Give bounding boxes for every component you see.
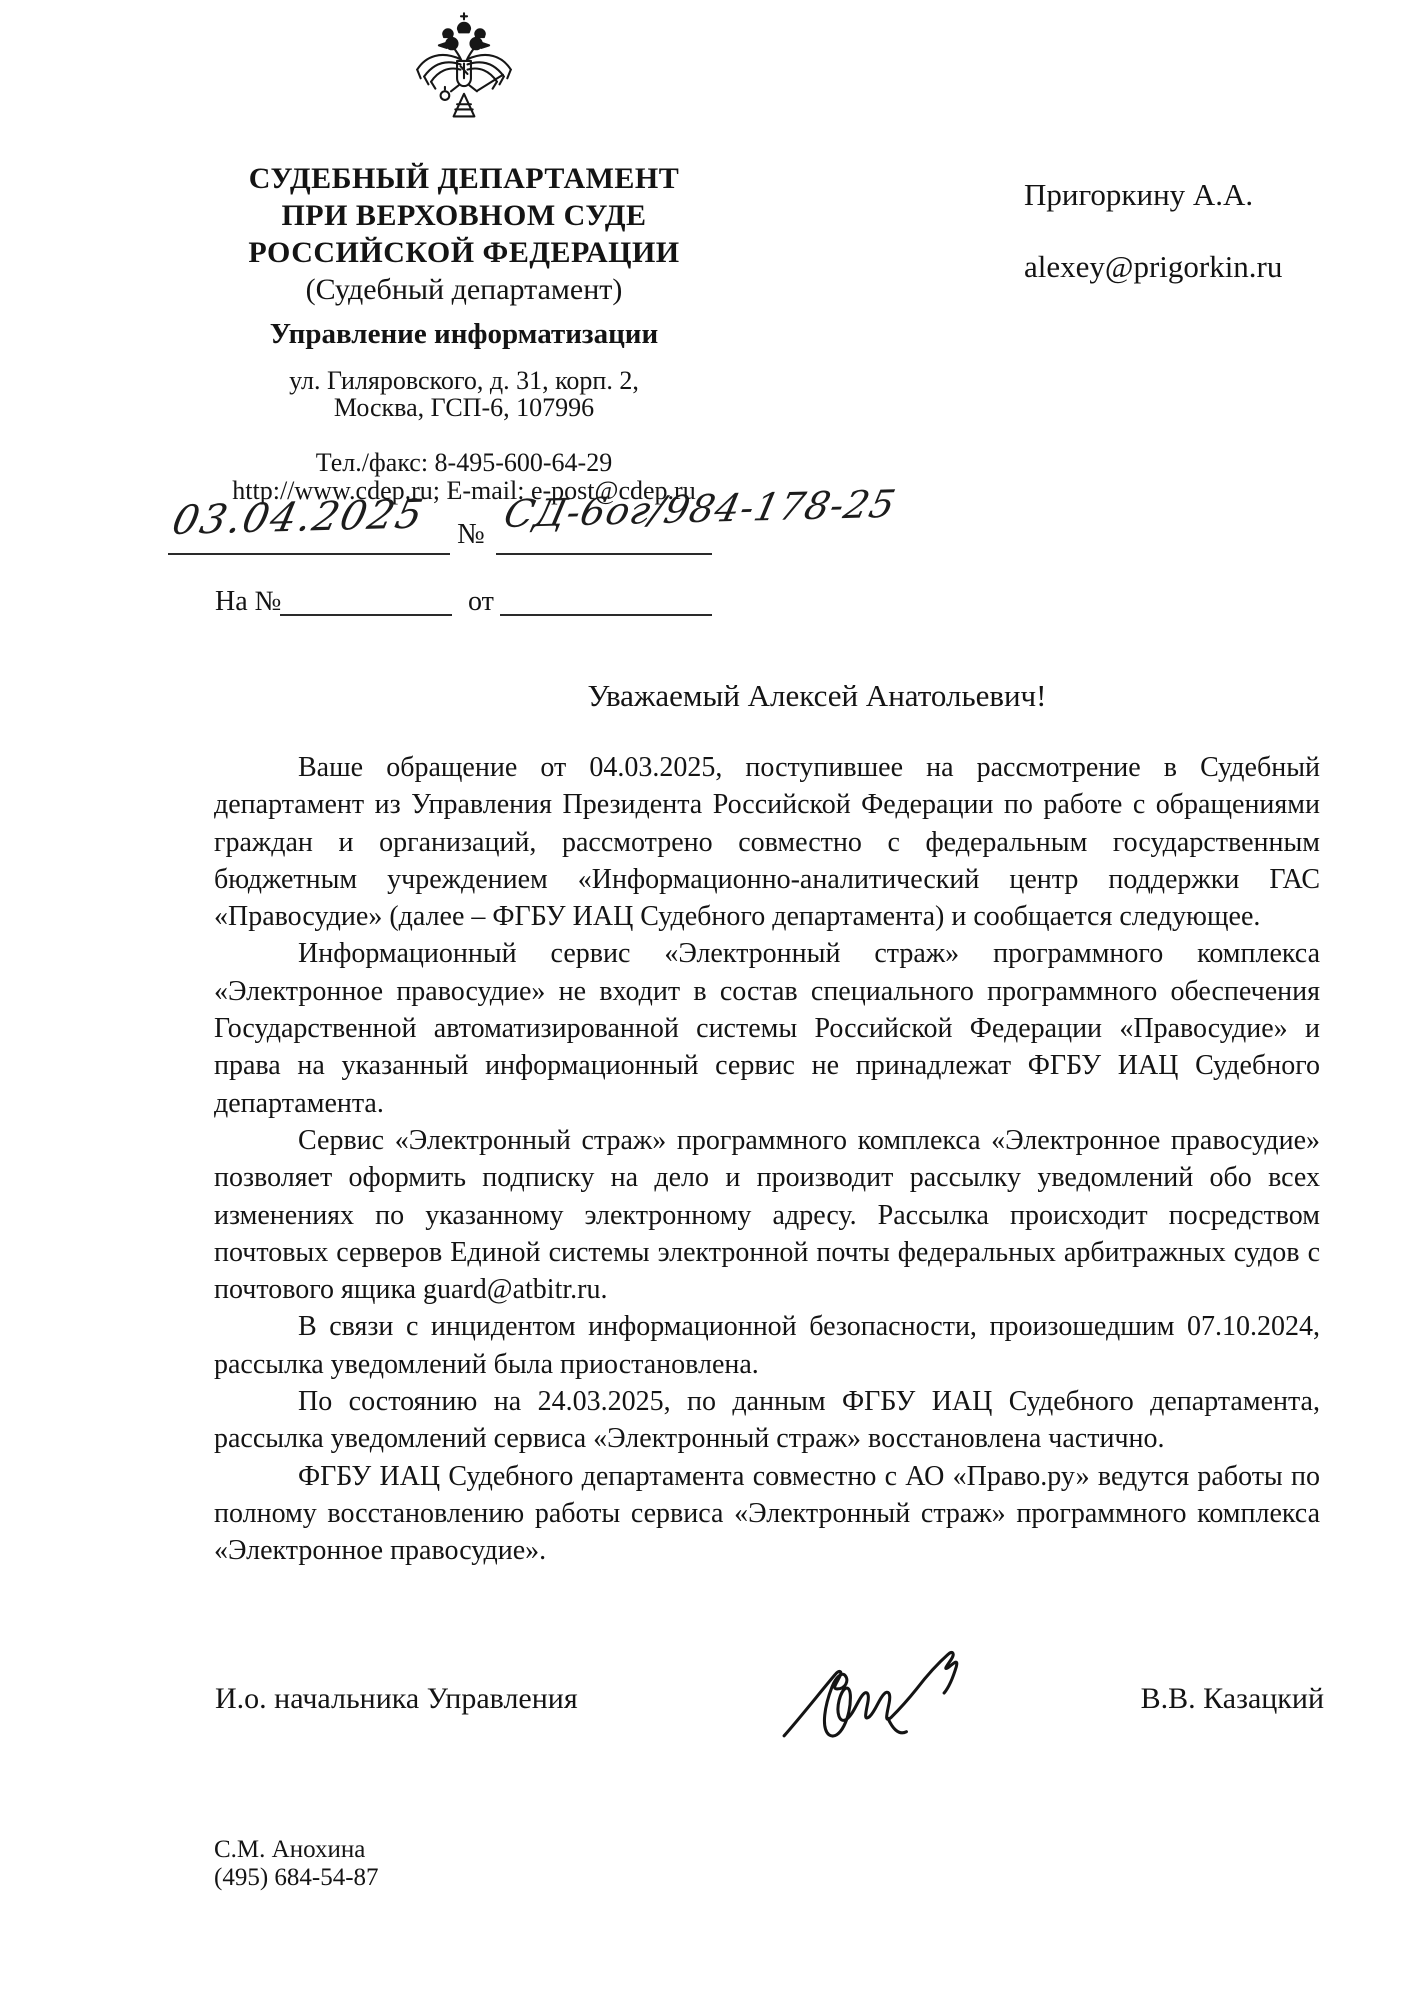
division-name: Управление информатизации <box>214 319 714 349</box>
coat-of-arms-eagle-icon <box>412 10 516 150</box>
salutation: Уважаемый Алексей Анатольевич! <box>214 678 1320 714</box>
body-paragraph: Ваше обращение от 04.03.2025, поступивше… <box>214 749 1320 935</box>
executor-block: С.М. Анохина (495) 684-54-87 <box>214 1836 379 1892</box>
number-sign-label: № <box>457 518 485 551</box>
body-paragraph: В связи с инцидентом информационной безо… <box>214 1308 1320 1383</box>
body-paragraph: ФГБУ ИАЦ Судебного департамента совместн… <box>214 1458 1320 1570</box>
outgoing-date-handwritten: 03.04.2025 <box>168 491 429 544</box>
org-address-line1: ул. Гиляровского, д. 31, корп. 2, <box>214 367 714 394</box>
org-short-name: (Судебный департамент) <box>214 271 714 309</box>
letter-body: Ваше обращение от 04.03.2025, поступивше… <box>214 749 1320 1570</box>
signature-scribble <box>778 1636 992 1750</box>
outgoing-number-handwritten: СД-6ог/984-178-25 <box>500 482 900 536</box>
body-paragraph: Информационный сервис «Электронный страж… <box>214 935 1320 1121</box>
recipient-name: Пригоркину А.А. <box>1024 177 1282 213</box>
letterhead: СУДЕБНЫЙ ДЕПАРТАМЕНТ ПРИ ВЕРХОВНОМ СУДЕ … <box>214 10 714 505</box>
signer-position: И.о. начальника Управления <box>215 1682 578 1716</box>
recipient-block: Пригоркину А.А. alexey@prigorkin.ru <box>1024 177 1282 285</box>
body-paragraph: По состоянию на 24.03.2025, по данным ФГ… <box>214 1383 1320 1458</box>
org-address: ул. Гиляровского, д. 31, корп. 2, Москва… <box>214 367 714 421</box>
outgoing-date-line <box>168 553 450 555</box>
org-name-line3: РОССИЙСКОЙ ФЕДЕРАЦИИ <box>214 234 714 271</box>
org-name-line2: ПРИ ВЕРХОВНОМ СУДЕ <box>214 197 714 234</box>
reply-to-date-label: от <box>468 586 494 618</box>
signer-name: В.В. Казацкий <box>1124 1682 1324 1716</box>
executor-phone: (495) 684-54-87 <box>214 1864 379 1892</box>
recipient-email: alexey@prigorkin.ru <box>1024 249 1282 285</box>
reply-to-number-label: На № <box>215 586 281 618</box>
scanned-letter-page: СУДЕБНЫЙ ДЕПАРТАМЕНТ ПРИ ВЕРХОВНОМ СУДЕ … <box>0 0 1415 2000</box>
reply-to-date-blank <box>500 614 712 616</box>
body-paragraph: Сервис «Электронный страж» программного … <box>214 1122 1320 1308</box>
org-phone: Тел./факс: 8-495-600-64-29 <box>214 449 714 477</box>
org-name-line1: СУДЕБНЫЙ ДЕПАРТАМЕНТ <box>214 160 714 197</box>
executor-name: С.М. Анохина <box>214 1836 379 1864</box>
reply-to-number-blank <box>280 614 452 616</box>
outgoing-number-line <box>496 553 712 555</box>
org-address-line2: Москва, ГСП-6, 107996 <box>214 394 714 421</box>
